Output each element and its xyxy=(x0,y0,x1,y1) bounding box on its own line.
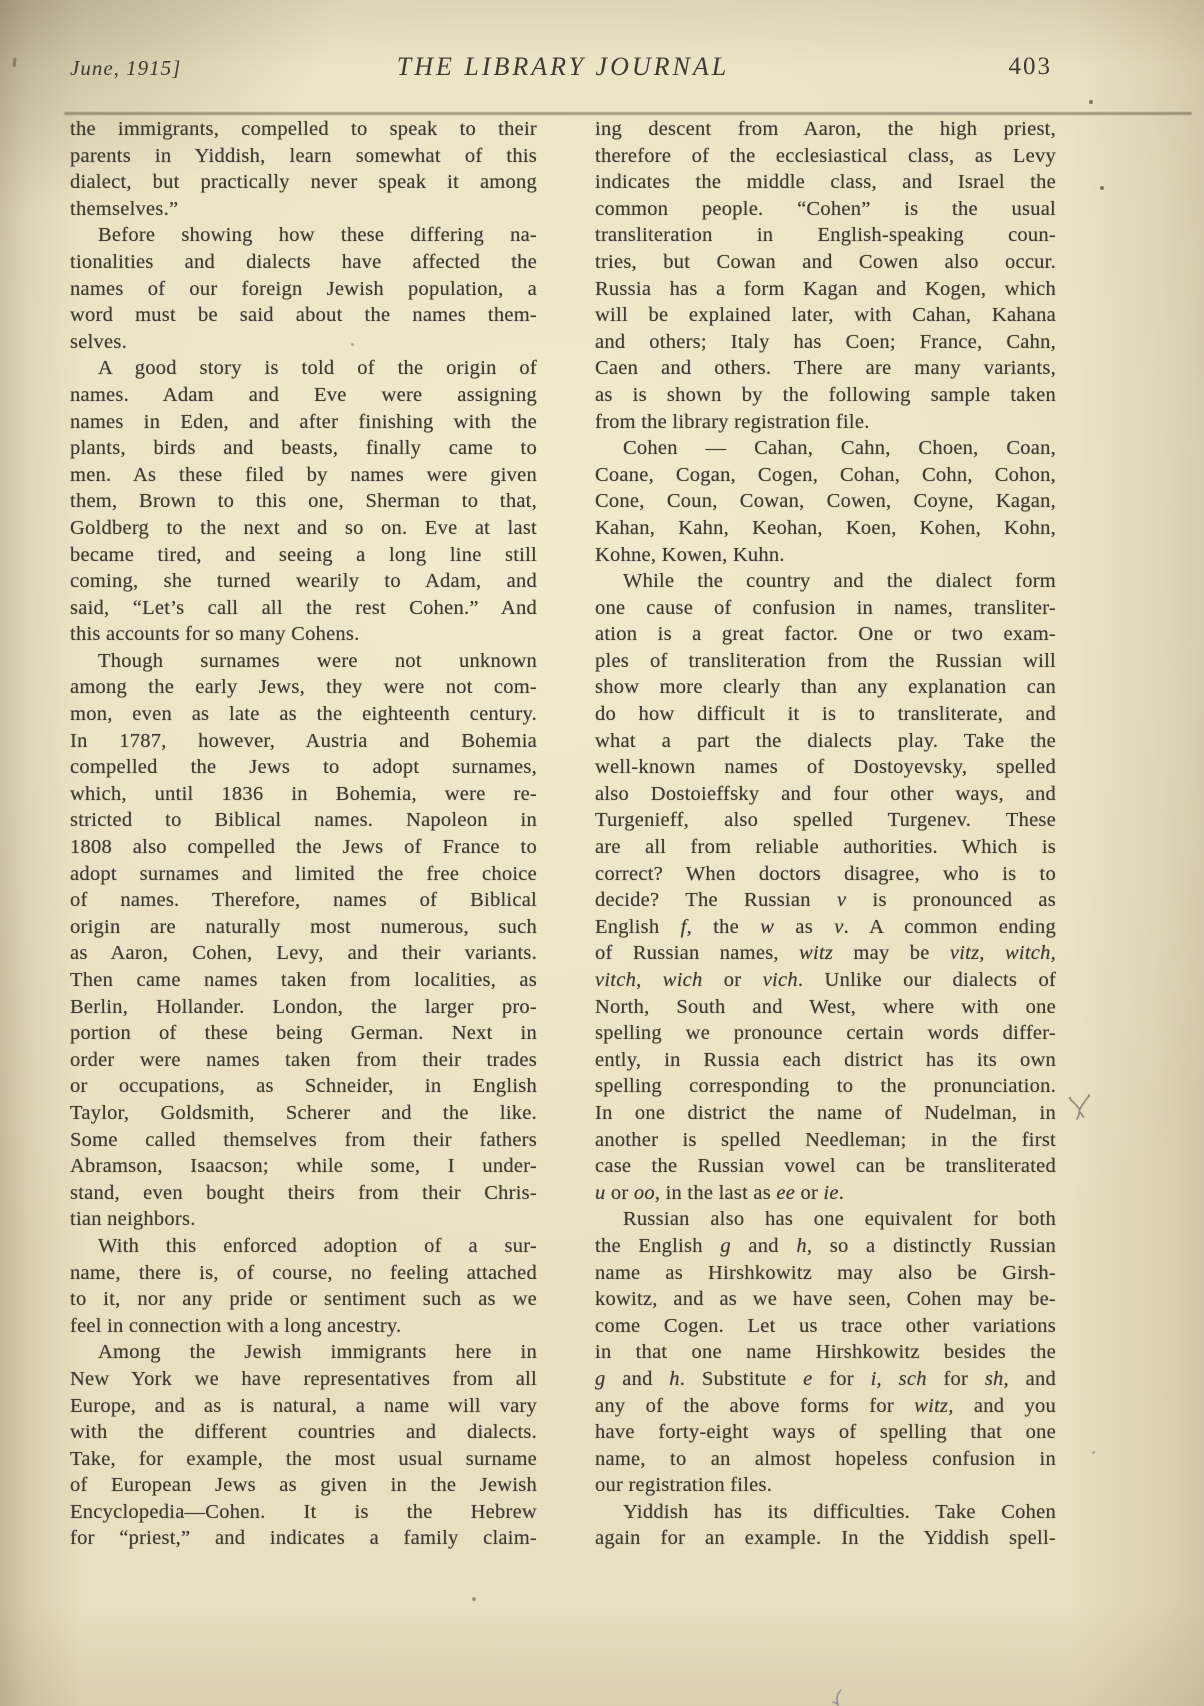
text-line: indicates the middle class, and Israel t… xyxy=(595,169,1056,196)
text-line: are all from reliable authorities. Which… xyxy=(595,834,1056,861)
text-line: Turgenieff, also spelled Turgenev. These xyxy=(595,807,1056,834)
text-line: Goldberg to the next and so on. Eve at l… xyxy=(70,515,537,542)
ink-dot xyxy=(472,1597,476,1601)
text-line: come Cogen. Let us trace other variation… xyxy=(595,1313,1056,1340)
paragraph: Russian also has one equivalent for both… xyxy=(595,1206,1056,1499)
text-line: In one district the name of Nudelman, in xyxy=(595,1100,1056,1127)
paragraph: While the country and the dialect formon… xyxy=(595,568,1056,1206)
paragraph: Among the Jewish immigrants here inNew Y… xyxy=(70,1339,537,1552)
text-line: adopt surnames and limited the free choi… xyxy=(70,861,537,888)
paragraph: the immigrants, compelled to speak to th… xyxy=(70,116,537,222)
ink-bird-mark xyxy=(1066,1092,1094,1124)
ink-dot xyxy=(1092,1451,1095,1454)
text-line: ation is a great factor. One or two exam… xyxy=(595,621,1056,648)
text-line: North, South and West, where with one xyxy=(595,994,1056,1021)
text-line: Europe, and as is natural, a name will v… xyxy=(70,1393,537,1420)
text-line: selves. xyxy=(70,329,537,356)
paragraph: Though surnames were not unknownamong th… xyxy=(70,648,537,1233)
text-line: and others; Italy has Coen; France, Cahn… xyxy=(595,329,1056,356)
text-line: again for an example. In the Yiddish spe… xyxy=(595,1525,1056,1552)
text-line: which, until 1836 in Bohemia, were re- xyxy=(70,781,537,808)
text-line: Taylor, Goldsmith, Scherer and the like. xyxy=(70,1100,537,1127)
text-line: u or oo, in the last as ee or ie. xyxy=(595,1180,1056,1207)
text-line: compelled the Jews to adopt surnames, xyxy=(70,754,537,781)
text-line: Though surnames were not unknown xyxy=(70,648,537,675)
text-line: in that one name Hirshkowitz besides the xyxy=(595,1339,1056,1366)
text-line: Russia has a form Kagan and Kogen, which xyxy=(595,276,1056,303)
text-line: order were names taken from their trades xyxy=(70,1047,537,1074)
text-line: English f, the w as v. A common ending xyxy=(595,914,1056,941)
text-line: Coane, Cogan, Cogen, Cohan, Cohn, Cohon, xyxy=(595,462,1056,489)
text-line: feel in connection with a long ancestry. xyxy=(70,1313,537,1340)
text-line: Abramson, Isaacson; while some, I under- xyxy=(70,1153,537,1180)
text-line: of European Jews as given in the Jewish xyxy=(70,1472,537,1499)
text-line: In 1787, however, Austria and Bohemia xyxy=(70,728,537,755)
text-line: Caen and others. There are many variants… xyxy=(595,355,1056,382)
text-line: or occupations, as Schneider, in English xyxy=(70,1073,537,1100)
text-line: as is shown by the following sample take… xyxy=(595,382,1056,409)
text-line: them, Brown to this one, Sherman to that… xyxy=(70,488,537,515)
text-line: tries, but Cowan and Cowen also occur. xyxy=(595,249,1056,276)
text-line: our registration files. xyxy=(595,1472,1056,1499)
paragraph: ing descent from Aaron, the high priest,… xyxy=(595,116,1056,435)
text-line: kowitz, and as we have seen, Cohen may b… xyxy=(595,1286,1056,1313)
ink-dot xyxy=(351,343,354,346)
text-line: 1808 also compelled the Jews of France t… xyxy=(70,834,537,861)
text-line: Kohne, Kowen, Kuhn. xyxy=(595,542,1056,569)
text-line: Cohen — Cahan, Cahn, Choen, Coan, xyxy=(595,435,1056,462)
text-line: Take, for example, the most usual surnam… xyxy=(70,1446,537,1473)
text-line: Before showing how these differing na- xyxy=(70,222,537,249)
text-line: name as Hirshkowitz may also be Girsh- xyxy=(595,1260,1056,1287)
text-line: tionalities and dialects have affected t… xyxy=(70,249,537,276)
text-line: case the Russian vowel can be transliter… xyxy=(595,1153,1056,1180)
text-line: New York we have representatives from al… xyxy=(70,1366,537,1393)
scanned-page: June, 1915] THE LIBRARY JOURNAL 403 the … xyxy=(0,0,1204,1706)
text-line: for “priest,” and indicates a family cla… xyxy=(70,1525,537,1552)
text-line: have forty-eight ways of spelling that o… xyxy=(595,1419,1056,1446)
text-line: spelling we pronounce certain words diff… xyxy=(595,1020,1056,1047)
text-line: Russian also has one equivalent for both xyxy=(595,1206,1056,1233)
text-line: plants, birds and beasts, finally came t… xyxy=(70,435,537,462)
text-line: stand, even bought theirs from their Chr… xyxy=(70,1180,537,1207)
text-line: Yiddish has its difficulties. Take Cohen xyxy=(595,1499,1056,1526)
text-line: decide? The Russian v is pronounced as xyxy=(595,887,1056,914)
text-line: A good story is told of the origin of xyxy=(70,355,537,382)
text-line: Kahan, Kahn, Keohan, Koen, Kohen, Kohn, xyxy=(595,515,1056,542)
text-line: said, “Let’s call all the rest Cohen.” A… xyxy=(70,595,537,622)
text-line: will be explained later, with Cahan, Kah… xyxy=(595,302,1056,329)
text-line: this accounts for so many Cohens. xyxy=(70,621,537,648)
text-line: what a part the dialects play. Take the xyxy=(595,728,1056,755)
text-line: ing descent from Aaron, the high priest, xyxy=(595,116,1056,143)
paragraph: Cohen — Cahan, Cahn, Choen, Coan,Coane, … xyxy=(595,435,1056,568)
text-line: word must be said about the names them- xyxy=(70,302,537,329)
text-line: Encyclopedia—Cohen. It is the Hebrew xyxy=(70,1499,537,1526)
page-number: 403 xyxy=(1009,53,1053,81)
text-line: vitch, wich or vich. Unlike our dialects… xyxy=(595,967,1056,994)
text-line: therefore of the ecclesiastical class, a… xyxy=(595,143,1056,170)
text-line: one cause of confusion in names, transli… xyxy=(595,595,1056,622)
text-line: also Dostoieffsky and four other ways, a… xyxy=(595,781,1056,808)
text-line: Cone, Coun, Cowan, Cowen, Coyne, Kagan, xyxy=(595,488,1056,515)
text-line: g and h. Substitute e for i, sch for sh,… xyxy=(595,1366,1056,1393)
text-line: parents in Yiddish, learn somewhat of th… xyxy=(70,143,537,170)
text-line: the English g and h, so a distinctly Rus… xyxy=(595,1233,1056,1260)
header-rule xyxy=(64,112,1192,115)
text-line: stricted to Biblical names. Napoleon in xyxy=(70,807,537,834)
text-line: Among the Jewish immigrants here in xyxy=(70,1339,537,1366)
ink-dot xyxy=(1100,186,1104,190)
text-line: name, to an almost hopeless confusion in xyxy=(595,1446,1056,1473)
text-line: themselves.” xyxy=(70,196,537,223)
page-header: June, 1915] THE LIBRARY JOURNAL 403 xyxy=(70,50,1056,90)
text-line: the immigrants, compelled to speak to th… xyxy=(70,116,537,143)
text-columns: the immigrants, compelled to speak to th… xyxy=(70,116,1056,1552)
text-line: portion of these being German. Next in xyxy=(70,1020,537,1047)
text-line: show more clearly than any explanation c… xyxy=(595,674,1056,701)
text-line: transliteration in English-speaking coun… xyxy=(595,222,1056,249)
text-line: name, there is, of course, no feeling at… xyxy=(70,1260,537,1287)
text-line: origin are naturally most numerous, such xyxy=(70,914,537,941)
text-line: ently, in Russia each district has its o… xyxy=(595,1047,1056,1074)
text-line: With this enforced adoption of a sur- xyxy=(70,1233,537,1260)
text-line: Berlin, Hollander. London, the larger pr… xyxy=(70,994,537,1021)
text-line: names. Adam and Eve were assigning xyxy=(70,382,537,409)
text-line: with the different countries and dialect… xyxy=(70,1419,537,1446)
text-line: any of the above forms for witz, and you xyxy=(595,1393,1056,1420)
paragraph: Yiddish has its difficulties. Take Cohen… xyxy=(595,1499,1056,1552)
text-line: names in Eden, and after finishing with … xyxy=(70,409,537,436)
text-line: spelling corresponding to the pronunciat… xyxy=(595,1073,1056,1100)
text-line: among the early Jews, they were not com- xyxy=(70,674,537,701)
text-line: became tired, and seeing a long line sti… xyxy=(70,542,537,569)
text-line: of names. Therefore, names of Biblical xyxy=(70,887,537,914)
text-line: common people. “Cohen” is the usual xyxy=(595,196,1056,223)
text-line: names of our foreign Jewish population, … xyxy=(70,276,537,303)
text-line: to it, nor any pride or sentiment such a… xyxy=(70,1286,537,1313)
text-line: coming, she turned wearily to Adam, and xyxy=(70,568,537,595)
text-line: do how difficult it is to transliterate,… xyxy=(595,701,1056,728)
text-line: ples of transliteration from the Russian… xyxy=(595,648,1056,675)
text-line: as Aaron, Cohen, Levy, and their variant… xyxy=(70,940,537,967)
text-line: Then came names taken from localities, a… xyxy=(70,967,537,994)
edge-tick-mark xyxy=(12,58,16,67)
journal-title: THE LIBRARY JOURNAL xyxy=(70,52,1056,82)
text-line: While the country and the dialect form xyxy=(595,568,1056,595)
text-line: another is spelled Needleman; in the fir… xyxy=(595,1127,1056,1154)
ink-dot xyxy=(1089,100,1093,104)
text-line: from the library registration file. xyxy=(595,409,1056,436)
text-line: mon, even as late as the eighteenth cent… xyxy=(70,701,537,728)
ink-squiggle-mark xyxy=(829,1689,845,1706)
text-line: men. As these filed by names were given xyxy=(70,462,537,489)
text-line: tian neighbors. xyxy=(70,1206,537,1233)
text-line: correct? When doctors disagree, who is t… xyxy=(595,861,1056,888)
column-left: the immigrants, compelled to speak to th… xyxy=(70,116,537,1552)
text-line: Some called themselves from their father… xyxy=(70,1127,537,1154)
text-line: dialect, but practically never speak it … xyxy=(70,169,537,196)
text-line: well-known names of Dostoyevsky, spelled xyxy=(595,754,1056,781)
paragraph: Before showing how these differing na-ti… xyxy=(70,222,537,355)
column-right: ing descent from Aaron, the high priest,… xyxy=(595,116,1056,1552)
text-line: of Russian names, witz may be vitz, witc… xyxy=(595,940,1056,967)
paragraph: With this enforced adoption of a sur-nam… xyxy=(70,1233,537,1339)
paragraph: A good story is told of the origin ofnam… xyxy=(70,355,537,648)
